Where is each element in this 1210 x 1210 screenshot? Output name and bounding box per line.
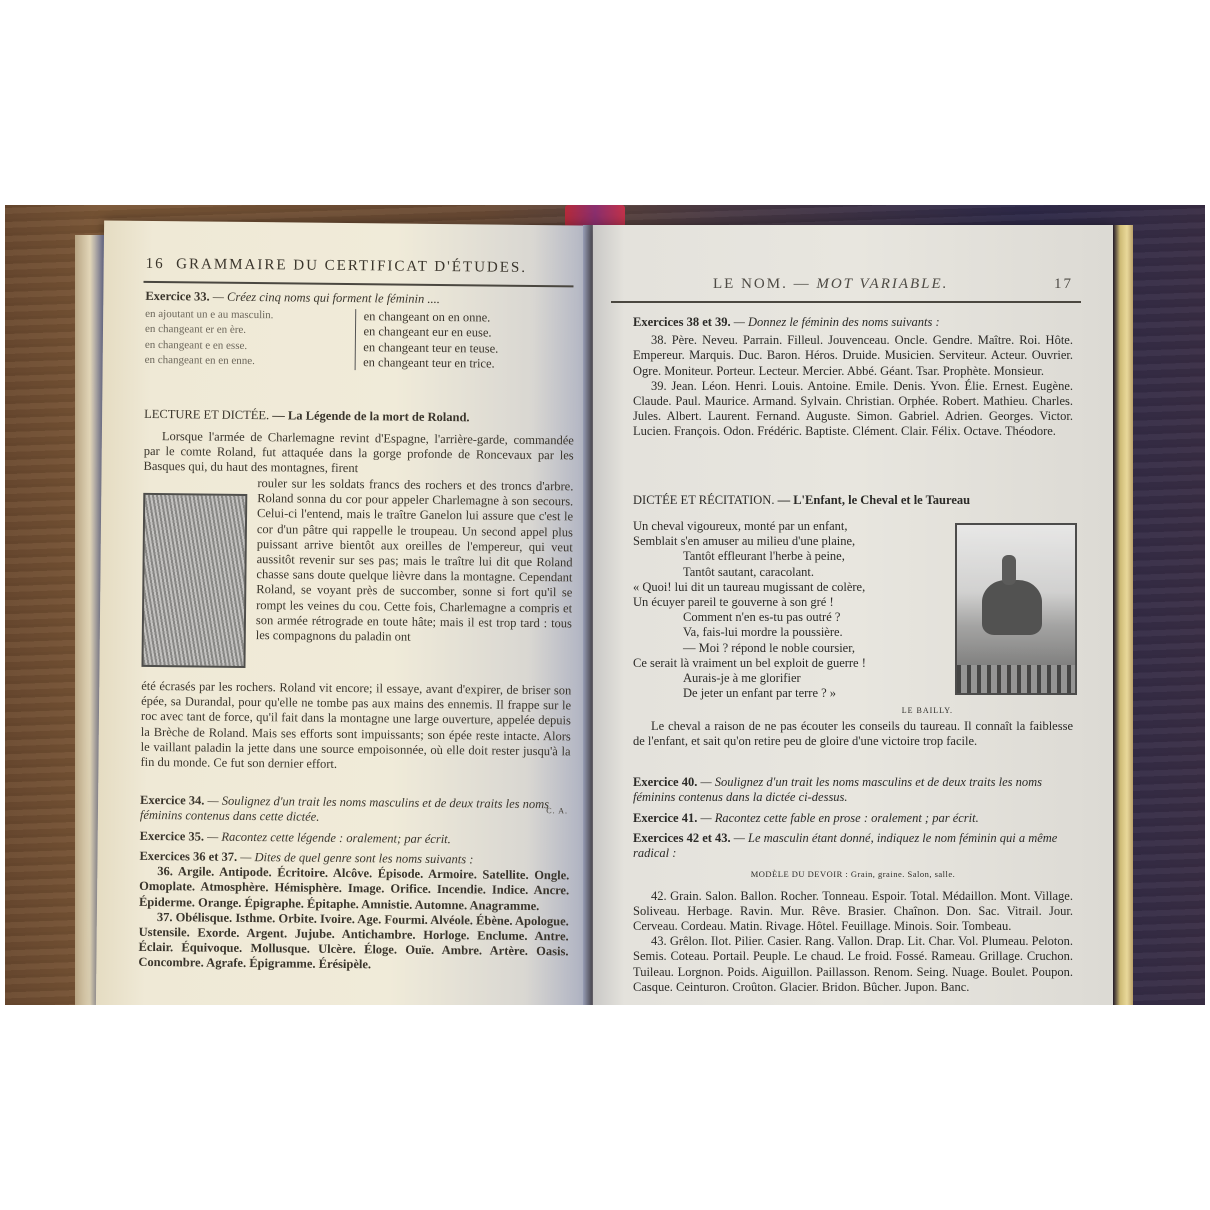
left-page: 16 GRAMMAIRE DU CERTIFICAT D'ÉTUDES. Exe… [96, 220, 592, 1005]
word-list-43: 43. Grêlon. Ilot. Pilier. Casier. Rang. … [633, 934, 1073, 995]
exercise-label: Exercice 41. [633, 811, 697, 825]
fable-poem: Un cheval vigoureux, monté par un enfant… [633, 519, 953, 701]
reading-heading: LECTURE ET DICTÉE. — La Légende de la mo… [144, 407, 574, 427]
word-list-37: 37. Obélisque. Isthme. Orbite. Ivoire. A… [138, 910, 569, 975]
exercise-label: Exercices 42 et 43. [633, 831, 731, 845]
section-title: — La Légende de la mort de Roland. [272, 408, 469, 424]
word-list-39: 39. Jean. Léon. Henri. Louis. Antoine. E… [633, 379, 1073, 440]
section-label: DICTÉE ET RÉCITATION. [633, 493, 774, 507]
book-photograph: 16 GRAMMAIRE DU CERTIFICAT D'ÉTUDES. Exe… [5, 205, 1205, 1005]
exercise-label: Exercice 35. [140, 829, 204, 844]
homework-model: MODÈLE DU DEVOIR : Grain, graine. Salon,… [633, 867, 1073, 882]
poem-line: — Moi ? répond le noble coursier, [633, 641, 953, 656]
poem-line: Tantôt sautant, caracolant. [633, 565, 953, 580]
running-head-title: LE NOM. — [713, 276, 811, 292]
poem-line: Aurais-je à me glorifier [633, 671, 953, 686]
exercise-instruction: — Racontez cette fable en prose : oralem… [700, 811, 978, 825]
reading-paragraph-bottom: été écrasés par les rochers. Roland vit … [140, 679, 571, 775]
poem-line: Un écuyer pareil te gouverne à son gré ! [633, 595, 953, 610]
poem-line: Va, fais-lui mordre la poussière. [633, 625, 953, 640]
word-list-36: 36. Argile. Antipode. Écritoire. Alcôve.… [139, 864, 569, 914]
rule-line: en changeant teur en trice. [363, 355, 565, 372]
rule-line: en changeant er en ère. [145, 322, 347, 339]
exercise-instruction: — Racontez cette légende : oralement; pa… [207, 830, 451, 847]
poem-author: LE BAILLY. [813, 703, 953, 718]
fence-figure [957, 665, 1075, 693]
right-cover-edge [1113, 225, 1133, 1005]
recitation-heading: DICTÉE ET RÉCITATION. — L'Enfant, le Che… [633, 493, 1073, 508]
word-list-42: 42. Grain. Salon. Ballon. Rocher. Tonnea… [633, 889, 1073, 935]
exercise-42-43: Exercices 42 et 43. — Le masculin étant … [633, 831, 1073, 995]
header-rule [143, 281, 573, 288]
reading-paragraph-wrap: rouler sur les soldats francs des rocher… [256, 476, 574, 647]
exercise-instruction: — Créez cinq noms qui forment le féminin… [213, 290, 440, 306]
exercise-label: Exercice 33. [145, 289, 209, 304]
exercise-40: Exercice 40. — Soulignez d'un trait les … [633, 775, 1073, 805]
exercise-36-37: Exercices 36 et 37. — Dites de quel genr… [138, 849, 569, 975]
exercise-33-columns: en ajoutant un e au masculin. en changea… [145, 307, 566, 372]
horse-and-rider-illustration [955, 523, 1077, 695]
section-title: — L'Enfant, le Cheval et le Taureau [778, 493, 971, 507]
page-number-left: 16 [146, 256, 165, 272]
exercise-label: Exercice 40. [633, 775, 697, 789]
right-page: LE NOM. — MOT VARIABLE. 17 Exercices 38 … [593, 225, 1113, 1005]
exercise-instruction: — Donnez le féminin des noms suivants : [734, 315, 940, 329]
exercise-38-39: Exercices 38 et 39. — Donnez le féminin … [633, 315, 1073, 440]
column-divider [354, 309, 356, 370]
exercise-33: Exercice 33. — Créez cinq noms qui forme… [145, 289, 566, 372]
bookmark-ribbon [565, 205, 625, 227]
running-head-left: 16 GRAMMAIRE DU CERTIFICAT D'ÉTUDES. [146, 257, 566, 277]
section-label: LECTURE ET DICTÉE. [144, 407, 269, 422]
page-number-right: 17 [1033, 277, 1073, 292]
exercise-label: Exercice 34. [140, 793, 204, 808]
horse-figure [982, 580, 1042, 635]
rule-line: en changeant en en enne. [145, 353, 347, 370]
poem-line: « Quoi! lui dit un taureau mugissant de … [633, 580, 953, 595]
rule-line: en changeant eur en euse. [363, 325, 565, 342]
fable-commentary: Le cheval a raison de ne pas écouter les… [633, 719, 1073, 749]
poem-line: Ce serait là vraiment un bel exploit de … [633, 656, 953, 671]
exercise-41: Exercice 41. — Racontez cette fable en p… [633, 811, 1073, 826]
poem-line: Semblait s'en amuser au milieu d'une pla… [633, 534, 953, 549]
running-head-right: LE NOM. — MOT VARIABLE. [713, 277, 1053, 292]
rider-figure [1002, 555, 1016, 585]
exercise-instruction: — Dites de quel genre sont les noms suiv… [240, 850, 473, 866]
reading-paragraph-top: Lorsque l'armée de Charlemagne revint d'… [143, 429, 573, 479]
word-list-38: 38. Père. Neveu. Parrain. Filleul. Jouve… [633, 333, 1073, 379]
exercise-label: Exercices 36 et 37. [139, 849, 237, 864]
running-head-subtitle: MOT VARIABLE. [816, 276, 948, 292]
poem-line: Tantôt effleurant l'herbe à peine, [633, 549, 953, 564]
rocky-gorge-illustration [141, 493, 247, 668]
poem-line: De jeter un enfant par terre ? » [633, 686, 953, 701]
exercise-label: Exercices 38 et 39. [633, 315, 731, 329]
running-head-title: GRAMMAIRE DU CERTIFICAT D'ÉTUDES. [176, 256, 527, 276]
poem-line: Comment n'en es-tu pas outré ? [633, 610, 953, 625]
exercise-35: Exercice 35. — Racontez cette légende : … [140, 829, 570, 849]
exercise-34: Exercice 34. — Soulignez d'un trait les … [140, 793, 570, 828]
header-rule [611, 301, 1081, 303]
poem-line: Un cheval vigoureux, monté par un enfant… [633, 519, 953, 534]
